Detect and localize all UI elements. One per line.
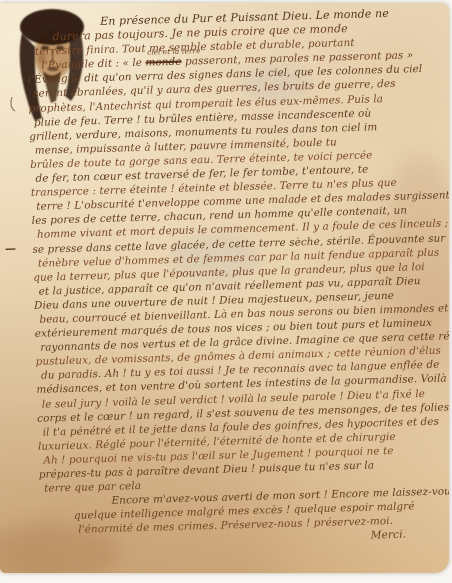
margin-dash-mark: — [5,242,16,255]
correction: mondeciel et la terre [145,55,181,70]
manuscript-photo: { "manuscript": { "language": "French", … [0,0,452,583]
manuscript-text: En présence du Pur et Puissant Dieu. Le … [26,5,449,552]
interlinear-insertion: ciel et la terre [147,48,201,56]
signoff-merci: Merci. [370,527,449,543]
body-lines: l'Évangile dit qu'on verra des signes da… [28,62,449,496]
struck-word: monde [145,56,181,69]
manuscript-page: — En présence du Pur et Puissant Dieu. L… [0,3,449,573]
